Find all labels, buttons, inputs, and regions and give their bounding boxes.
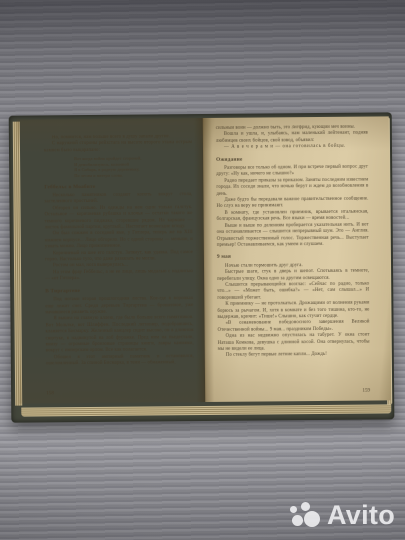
book-page-right: сильный воин — должно быть, это Зигфрид,… xyxy=(203,116,391,402)
avito-wordmark: Avito xyxy=(327,502,395,529)
text-block: Ожидание xyxy=(216,155,368,163)
text-block: — А в е ч е р а м и — она готовилась в б… xyxy=(216,144,368,152)
text-block: Я вышел на главную аллею, где было больш… xyxy=(45,315,193,355)
text-block: В комнату, где установлен приемник, врыв… xyxy=(217,209,369,223)
text-block: Геббельс в Моабите xyxy=(44,183,192,191)
text-block: Под ногами вторая прошлогодняя листва. К… xyxy=(45,296,193,317)
text-block: Коричневый на шее его галстук. Затянут, … xyxy=(45,250,193,264)
text-block: С наружной стороны рейхстага на высоте в… xyxy=(44,141,192,155)
text-block: Радио передает приказы за приказом. Заня… xyxy=(216,177,368,198)
text-block: Обошел я этот ампирный памятник и остано… xyxy=(46,354,194,368)
text-block: Выше и выше по делениям пробирается указ… xyxy=(217,222,369,249)
avito-watermark: Avito xyxy=(290,502,395,529)
page-number-right: 159 xyxy=(362,388,370,394)
page-text-left: Но, помнится, нам больше всего в душу за… xyxy=(44,134,194,368)
text-block: По стеклу бегут первые летние капли... Д… xyxy=(218,352,370,360)
text-block: На этом фрау Геббельс, а не ее лицо, лиш… xyxy=(45,269,193,283)
text-block: 9 мая xyxy=(217,253,369,261)
text-block: Одна из нас недвижно опустилась на табур… xyxy=(218,333,370,354)
photo-scene: Но, помнится, нам больше всего в душу за… xyxy=(0,0,405,540)
open-book: Но, помнится, нам больше всего в душу за… xyxy=(17,116,392,411)
page-text-right: сильный воин — должно быть, это Зигфрид,… xyxy=(216,125,370,360)
text-block: К приемнику — не протолкаться. Дрожащими… xyxy=(217,301,369,322)
text-block: Слышится прерывающийся возглас: «Сейчас … xyxy=(217,281,369,302)
text-block: Вот когда война пройдет стороной, И демо… xyxy=(74,155,192,178)
text-block: Он был сожжен в соседней яме, у Гитлера,… xyxy=(45,231,193,252)
book-page-left: Но, помнится, нам больше всего в душу за… xyxy=(17,118,205,404)
text-block: В Тиргартене xyxy=(45,287,193,295)
avito-logo-icon xyxy=(290,502,321,529)
page-number-left: 158 xyxy=(46,390,54,396)
text-block: Обгорел он сильно. Из одежды на нем один… xyxy=(44,205,192,232)
text-block: Несколько памятников создают копоть вокр… xyxy=(44,192,192,206)
